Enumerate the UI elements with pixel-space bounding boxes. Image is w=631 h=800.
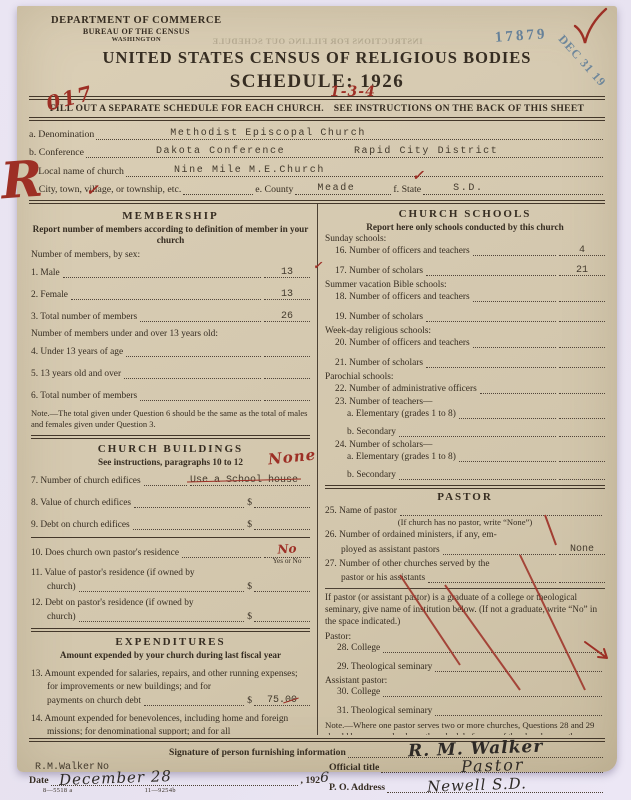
q23-label: 23. Number of teachers— [325, 397, 605, 407]
date-row: Date December 28 , 192 6 [29, 770, 329, 786]
q22-row: 22. Number of administrative officers [325, 382, 605, 394]
leader [443, 544, 556, 555]
divider [325, 485, 605, 489]
leader [399, 426, 556, 437]
q5-answer [264, 367, 310, 379]
pastor-note: Note.—Where one pastor serves two or mor… [325, 720, 605, 735]
leader: R.M.Walker [400, 505, 602, 516]
leader [79, 581, 245, 592]
leader [428, 572, 556, 583]
leader: Methodist Episcopal Church [96, 127, 603, 140]
q9-label: 9. Debt on church edifices [31, 520, 130, 530]
po-address-row: P. O. Address Newell S.D. [329, 780, 605, 793]
q26-row: 26. Number of ordained ministers, if any… [325, 529, 605, 554]
leader [140, 311, 261, 322]
q24a-answer [559, 450, 605, 462]
q22-label: 22. Number of administrative officers [325, 384, 477, 394]
q2-label: 2. Female [31, 290, 68, 300]
q11-label-line2: church) [47, 582, 76, 592]
divider [325, 588, 605, 589]
q20-label: 20. Number of officers and teachers [325, 338, 470, 348]
q10-handwritten-no: No [277, 541, 297, 556]
state-value: S.D. [453, 183, 483, 194]
leader [140, 390, 261, 401]
q26-answer-row: ployed as assistant pastors None [325, 543, 605, 555]
leader [435, 705, 602, 716]
signature-footer: Signature of person furnishing informati… [29, 745, 605, 794]
sunday-schools-label: Sunday schools: [325, 234, 605, 244]
date-label: Date [29, 775, 49, 786]
bleed-through-text: INSTRUCTIONS FOR FILLING OUT SCHEDULE [212, 36, 423, 46]
leader [426, 357, 556, 368]
q18-label: 18. Number of officers and teachers [325, 292, 470, 302]
district-value: Rapid City District [354, 146, 498, 157]
state-label: f. State [393, 184, 421, 195]
q13-label: 13. Amount expended for salaries, repair… [31, 668, 310, 693]
dollar-sign: $ [247, 696, 252, 706]
leader: Dakota Conference Rapid City District [86, 145, 603, 158]
county-label: e. County [255, 184, 293, 195]
q11-row: 11. Value of pastor's residence (if owne… [31, 567, 310, 592]
q2-answer: 13 [264, 288, 310, 300]
q24b-label: b. Secondary [325, 470, 396, 480]
q28-label: 28. College [325, 643, 380, 653]
instruction-banner: FILL OUT A SEPARATE SCHEDULE FOR EACH CH… [29, 103, 605, 114]
field-conference-row: b. Conference Dakota Conference Rapid Ci… [29, 145, 605, 158]
leader [79, 611, 245, 622]
q8-row: 8. Value of church edifices $ [31, 496, 310, 508]
q4-label: 4. Under 13 years of age [31, 347, 123, 357]
form-number-2: 11—9254b [145, 787, 176, 794]
leader [144, 475, 187, 486]
local-name-label: c. Local name of church [29, 166, 124, 177]
leader [63, 267, 261, 278]
right-column: CHURCH SCHOOLS Report here only schools … [318, 204, 605, 735]
divider [29, 117, 605, 121]
q3-value: 26 [281, 311, 293, 322]
county-value: Meade [317, 183, 355, 194]
q21-row: 21. Number of scholars [325, 356, 605, 368]
q16-answer: 4 [559, 244, 605, 256]
membership-subtitle: Report number of members according to de… [31, 224, 310, 246]
q5-row: 5. 13 years old and over [31, 367, 310, 379]
bureau-name: BUREAU OF THE CENSUS [51, 27, 222, 36]
parochial-schools-label: Parochial schools: [325, 372, 605, 382]
q10-label: 10. Does church own pastor's residence [31, 548, 179, 558]
q14-label: 14. Amount expended for benevolences, in… [31, 713, 310, 735]
q13-label-last: payments on church debt [47, 696, 141, 706]
buildings-instructions-text: See instructions, paragraphs 10 to 12 [98, 457, 243, 467]
q1-label: 1. Male [31, 268, 60, 278]
scanned-census-form-page: { "misc": { "dollar": "$" }, "header": {… [0, 0, 631, 800]
denomination-value: Methodist Episcopal Church [170, 128, 366, 139]
q12-answer [254, 610, 310, 622]
q11-label-line2-row: church) $ [31, 580, 310, 592]
q28-row: 28. College No [325, 642, 605, 653]
leader [182, 547, 261, 558]
divider [31, 537, 310, 540]
city-label: d. City, town, village, or township, etc… [29, 184, 181, 195]
q10-answer: No Yes or No [264, 546, 310, 558]
official-title-label: Official title [329, 762, 379, 773]
form-columns: MEMBERSHIP Report number of members acco… [29, 204, 605, 735]
leader [426, 311, 556, 322]
q17-row: 17. Number of scholars 21 [325, 264, 605, 276]
leader: Meade [295, 182, 391, 195]
check-mark: ✓ [86, 181, 99, 199]
dollar-sign: $ [247, 612, 252, 622]
q13-cents-struck: 00 [285, 695, 297, 706]
q7-value: Use a School house [190, 475, 298, 486]
q29-label: 29. Theological seminary [325, 662, 432, 672]
q26-label-line1: 26. Number of ordained ministers, if any… [325, 529, 605, 541]
received-stamp-number: 17879 [494, 26, 548, 47]
form-title: UNITED STATES CENSUS OF RELIGIOUS BODIES [29, 48, 605, 68]
official-title-row: Official title Pastor [329, 760, 605, 773]
leader [459, 451, 556, 462]
q29-row: 29. Theological seminary [325, 661, 605, 672]
leader [426, 265, 556, 276]
q1-row: 1. Male 13 [31, 266, 310, 278]
check-mark: ✓ [412, 168, 424, 184]
q18-row: 18. Number of officers and teachers [325, 290, 605, 302]
leader [126, 346, 261, 357]
q8-answer [254, 496, 310, 508]
leader [133, 519, 245, 530]
q23a-row: a. Elementary (grades 1 to 8) [325, 407, 605, 419]
q19-label: 19. Number of scholars [325, 312, 423, 322]
q14-row: 14. Amount expended for benevolences, in… [31, 713, 310, 735]
divider [29, 96, 605, 100]
q1-value: 13 [281, 267, 293, 278]
q21-label: 21. Number of scholars [325, 358, 423, 368]
leader [473, 291, 556, 302]
q9-row: 9. Debt on church edifices $ [31, 518, 310, 530]
left-column: MEMBERSHIP Report number of members acco… [29, 204, 318, 735]
leader [144, 695, 244, 706]
q16-label: 16. Number of officers and teachers [325, 246, 470, 256]
q30-label: 30. College [325, 687, 380, 697]
leader [399, 469, 556, 480]
leader [134, 497, 244, 508]
q24b-row: b. Secondary [325, 468, 605, 480]
check-mark: ✓ [313, 259, 322, 272]
q27-row: 27. Number of other churches served by t… [325, 558, 605, 583]
q6-answer [264, 389, 310, 401]
leader [473, 245, 556, 256]
footer-right: Official title Pastor P. O. Address Newe… [329, 760, 605, 794]
department-name: DEPARTMENT OF COMMERCE [51, 15, 222, 27]
q26-label-line2: ployed as assistant pastors [341, 545, 440, 555]
footer-columns: Date December 28 , 192 6 8—5518 a11—9254… [29, 760, 605, 794]
q24a-label: a. Elementary (grades 1 to 8) [325, 452, 456, 462]
expenditures-subtitle: Amount expended by your church during la… [31, 650, 310, 661]
q23a-label: a. Elementary (grades 1 to 8) [325, 409, 456, 419]
divider [31, 628, 310, 632]
q24a-row: a. Elementary (grades 1 to 8) [325, 450, 605, 462]
members-by-sex-label: Number of members, by sex: [31, 250, 310, 260]
q13-answer: 75.00 [254, 694, 310, 706]
q26-value: None [570, 544, 594, 555]
margin-letter-R: R [0, 149, 45, 211]
agency-city: WASHINGTON [51, 36, 222, 43]
q7-answer: Use a School house [190, 474, 310, 486]
q2-value: 13 [281, 289, 293, 300]
q6-row: 6. Total number of members [31, 389, 310, 401]
q25-label: 25. Name of pastor [325, 506, 397, 516]
q20-answer [559, 336, 605, 348]
q27-answer [559, 571, 605, 583]
q27-label-line1: 27. Number of other churches served by t… [325, 558, 605, 570]
q13-answer-row: payments on church debt $ 75.00 [31, 694, 310, 706]
po-address-label: P. O. Address [329, 782, 385, 793]
q4-row: 4. Under 13 years of age [31, 345, 310, 357]
q11-label-line1: 11. Value of pastor's residence (if owne… [31, 567, 310, 579]
q26-answer: None [559, 543, 605, 555]
q17-value: 21 [576, 265, 588, 276]
leader [459, 408, 556, 419]
pastor-group-label: Pastor: [325, 632, 605, 642]
census-schedule-paper: DEPARTMENT OF COMMERCE BUREAU OF THE CEN… [17, 6, 617, 772]
schools-title: CHURCH SCHOOLS [325, 208, 605, 220]
field-localname-row: c. Local name of church Nine Mile M.E.Ch… [29, 164, 605, 177]
membership-title: MEMBERSHIP [31, 210, 310, 222]
members-by-age-label: Number of members under and over 13 year… [31, 329, 310, 339]
leader [183, 182, 253, 195]
divider [31, 435, 310, 439]
q16-row: 16. Number of officers and teachers 4 [325, 244, 605, 256]
q13-row: 13. Amount expended for salaries, repair… [31, 668, 310, 706]
q8-label: 8. Value of church edifices [31, 498, 131, 508]
buildings-instructions: See instructions, paragraphs 10 to 12 No… [31, 457, 310, 468]
q21-answer [559, 356, 605, 368]
q3-answer: 26 [264, 310, 310, 322]
q27-label-line2: pastor or his assistants [341, 573, 425, 583]
agency-block: DEPARTMENT OF COMMERCE BUREAU OF THE CEN… [51, 15, 222, 44]
q4-answer [264, 345, 310, 357]
q19-row: 19. Number of scholars [325, 310, 605, 322]
q22-answer [559, 382, 605, 394]
q17-answer: 21 [559, 264, 605, 276]
q12-label-line2: church) [47, 612, 76, 622]
leader [71, 289, 261, 300]
yes-or-no-hint: Yes or No [273, 557, 302, 565]
schools-subtitle: Report here only schools conducted by th… [325, 222, 605, 233]
year-printed: , 192 [300, 775, 320, 786]
q6-label: 6. Total number of members [31, 391, 137, 401]
leader [124, 368, 261, 379]
conference-value: Dakota Conference [156, 146, 285, 157]
q25-hint: (If church has no pastor, write “None”) [325, 517, 605, 527]
pastor-title: PASTOR [325, 491, 605, 503]
dollar-sign: $ [247, 520, 252, 530]
q12-row: 12. Debt on pastor's residence (if owned… [31, 597, 310, 622]
denomination-label: a. Denomination [29, 129, 94, 140]
q24b-answer [559, 468, 605, 480]
q24-label: 24. Number of scholars— [325, 440, 605, 450]
po-address-value: Newell S.D. [427, 775, 527, 796]
q7-label: 7. Number of church edifices [31, 476, 141, 486]
dollar-sign: $ [247, 582, 252, 592]
q2-row: 2. Female 13 [31, 288, 310, 300]
q16-value: 4 [579, 245, 585, 256]
q27-answer-row: pastor or his assistants [325, 571, 605, 583]
graduate-note: If pastor (or assistant pastor) is a gra… [325, 592, 605, 628]
q3-row: 3. Total number of members 26 [31, 310, 310, 322]
signature-label: Signature of person furnishing informati… [169, 747, 346, 758]
q23b-answer [559, 425, 605, 437]
leader: No [383, 642, 602, 653]
leader: Pastor [381, 760, 603, 773]
local-name-value: Nine Mile M.E.Church [174, 165, 325, 176]
leader [435, 661, 602, 672]
q18-answer [559, 290, 605, 302]
q20-row: 20. Number of officers and teachers [325, 336, 605, 348]
q1-answer: 13 [264, 266, 310, 278]
form-schedule-year: SCHEDULE: 1926 [29, 71, 605, 93]
q23b-row: b. Secondary [325, 425, 605, 437]
assistant-pastor-label: Assistant pastor: [325, 676, 605, 686]
year-handwritten: 6 [320, 770, 329, 786]
leader [480, 383, 556, 394]
signature-row: Signature of person furnishing informati… [169, 745, 605, 758]
q25-row: 25. Name of pastor R.M.Walker [325, 505, 605, 516]
q12-label-line2-row: church) $ [31, 610, 310, 622]
leader: S.D. [423, 182, 603, 195]
q31-row: 31. Theological seminary [325, 705, 605, 716]
q30-row: 30. College [325, 686, 605, 697]
q17-label: 17. Number of scholars [325, 266, 423, 276]
q13-value: 75.00 [267, 695, 297, 706]
leader: December 28 [51, 773, 299, 786]
leader: Nine Mile M.E.Church [126, 164, 603, 177]
summer-schools-label: Summer vacation Bible schools: [325, 280, 605, 290]
handwritten-code-1-3-4: 1-3-4 [330, 84, 376, 100]
dollar-sign: $ [247, 498, 252, 508]
leader: Newell S.D. [387, 780, 603, 793]
field-city-county-state-row: d. City, town, village, or township, etc… [29, 182, 605, 195]
q12-label-line1: 12. Debt on pastor's residence (if owned… [31, 597, 310, 609]
q7-row: 7. Number of church edifices Use a Schoo… [31, 474, 310, 486]
q10-row: 10. Does church own pastor's residence N… [31, 546, 310, 558]
expenditures-title: EXPENDITURES [31, 636, 310, 648]
q5-label: 5. 13 years old and over [31, 369, 121, 379]
membership-note: Note.—The total given under Question 6 s… [31, 408, 310, 429]
q9-answer [254, 518, 310, 530]
q3-label: 3. Total number of members [31, 312, 137, 322]
q23b-label: b. Secondary [325, 427, 396, 437]
q11-answer [254, 580, 310, 592]
leader [473, 337, 556, 348]
leader [383, 686, 602, 697]
official-title-value: Pastor [461, 755, 525, 776]
weekday-schools-label: Week-day religious schools: [325, 326, 605, 336]
q19-answer [559, 310, 605, 322]
date-value: December 28 [58, 767, 171, 789]
q23a-answer [559, 407, 605, 419]
q31-label: 31. Theological seminary [325, 706, 432, 716]
field-denomination-row: a. Denomination Methodist Episcopal Chur… [29, 127, 605, 140]
